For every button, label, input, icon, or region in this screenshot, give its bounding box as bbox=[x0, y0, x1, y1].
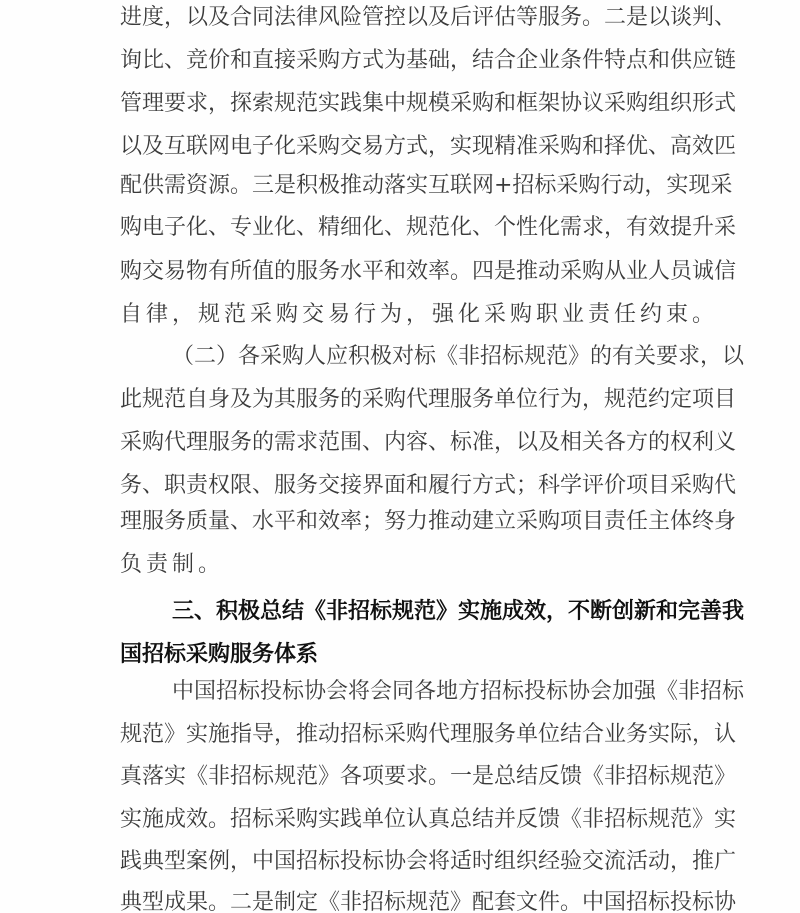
body-line: 购电子化、专业化、精细化、规范化、个性化需求，有效提升采 bbox=[120, 213, 678, 243]
body-line: 规范》实施指导，推动招标采购代理服务单位结合业务实际，认 bbox=[120, 720, 678, 750]
body-line: 践典型案例，中国招标投标协会将适时组织经验交流活动，推广 bbox=[120, 847, 678, 877]
body-line: 进度，以及合同法律风险管控以及后评估等服务。二是以谈判、 bbox=[120, 3, 678, 33]
body-line: 负责制。 bbox=[120, 550, 678, 580]
body-line: 采购代理服务的需求范围、内容、标准，以及相关各方的权利义 bbox=[120, 428, 678, 458]
body-line: 自律，规范采购交易行为，强化采购职业责任约束。 bbox=[120, 300, 678, 330]
document-page: 进度，以及合同法律风险管控以及后评估等服务。二是以谈判、 询比、竞价和直接采购方… bbox=[0, 0, 800, 913]
body-line: 管理要求，探索规范实践集中规模采购和框架协议采购组织形式 bbox=[120, 89, 678, 119]
body-line: 以及互联网电子化采购交易方式，实现精准采购和择优、高效匹 bbox=[120, 132, 678, 162]
body-line: 实施成效。招标采购实践单位认真总结并反馈《非招标规范》实 bbox=[120, 805, 678, 835]
body-line: 询比、竞价和直接采购方式为基础，结合企业条件特点和供应链 bbox=[120, 46, 678, 76]
section-heading: 三、积极总结《非招标规范》实施成效，不断创新和完善我 bbox=[172, 597, 678, 627]
body-line: 真落实《非招标规范》各项要求。一是总结反馈《非招标规范》 bbox=[120, 762, 678, 792]
section-heading-continued: 国招标采购服务体系 bbox=[120, 640, 678, 670]
section-3-first-line: 中国招标投标协会将会同各地方招标投标协会加强《非招标 bbox=[172, 677, 678, 707]
section-2-first-line: （二）各采购人应积极对标《非招标规范》的有关要求，以 bbox=[172, 342, 678, 372]
body-line: 配供需资源。三是积极推动落实互联网+招标采购行动，实现采 bbox=[120, 171, 678, 201]
body-line: 理服务质量、水平和效率；努力推动建立采购项目责任主体终身 bbox=[120, 507, 678, 537]
body-line: 典型成果。二是制定《非招标规范》配套文件。中国招标投标协 bbox=[120, 888, 678, 913]
body-line: 购交易物有所值的服务水平和效率。四是推动采购从业人员诚信 bbox=[120, 257, 678, 287]
body-line: 此规范自身及为其服务的采购代理服务单位行为，规范约定项目 bbox=[120, 385, 678, 415]
body-line: 务、职责权限、服务交接界面和履行方式；科学评价项目采购代 bbox=[120, 471, 678, 501]
